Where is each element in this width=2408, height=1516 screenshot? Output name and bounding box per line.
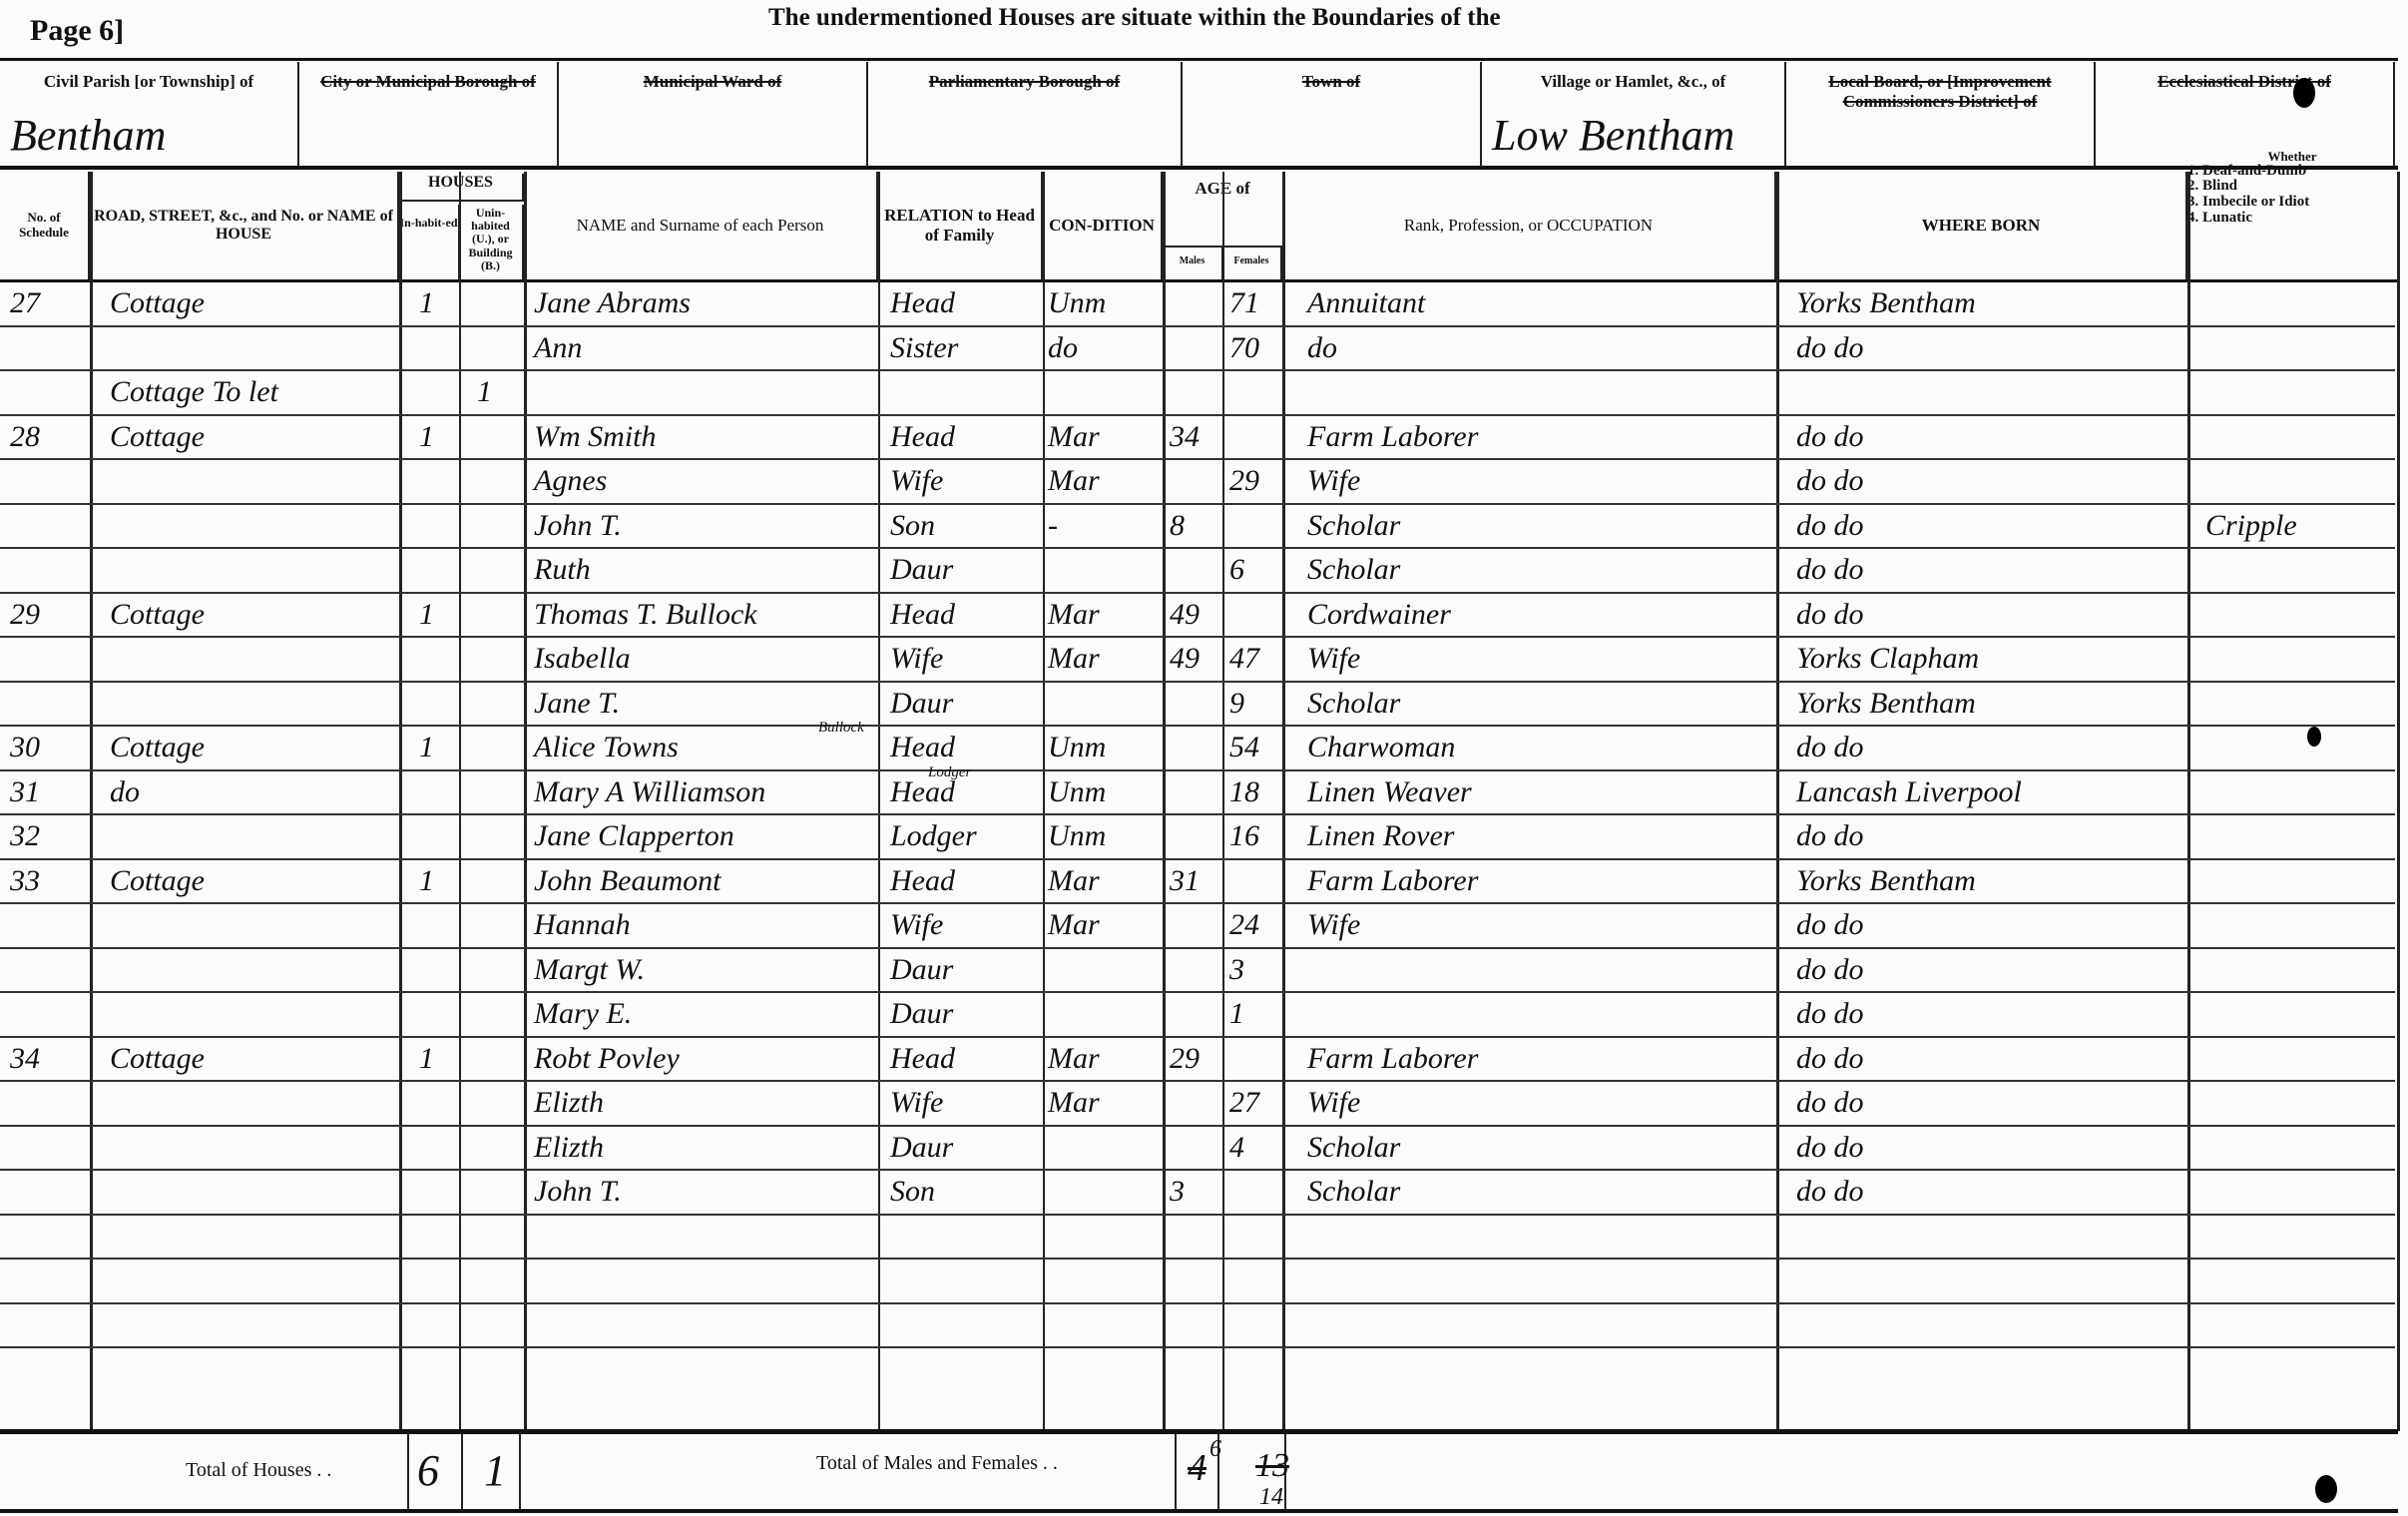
male-age: 3 [1170,1177,1185,1207]
female-age: 18 [1229,777,1259,807]
occupation: do [1307,333,1337,363]
census-page: Page 6] The undermentioned Houses are si… [0,0,2408,1516]
boundary-value: Low Bentham [1492,110,1734,161]
female-age: 70 [1229,333,1259,363]
boundary-box: Parliamentary Borough of [868,62,1183,167]
row-rule [0,947,2395,949]
relation: Head [890,777,955,807]
header-road: ROAD, STREET, &c., and No. or NAME of HO… [90,172,399,279]
relation: Wife [890,910,943,940]
relation: Daur [890,689,953,719]
birthplace: do do [1796,955,1864,985]
condition: Unm [1048,777,1106,807]
birthplace: do do [1796,821,1864,851]
female-age: 27 [1229,1088,1259,1118]
rows-top-rule [0,279,2398,282]
person-name: Ann [534,333,582,363]
inhabited-mark: 1 [419,600,434,630]
relation: Daur [890,999,953,1029]
infirmity: Cripple [2205,511,2297,541]
male-age: 49 [1170,600,1200,630]
occupation: Wife [1307,466,1360,496]
house-name: Cottage [110,733,205,762]
bottom-rule [0,1509,2398,1513]
ink-blot [2307,727,2321,747]
inhabited-mark: 1 [419,733,434,762]
condition: Mar [1048,466,1100,496]
condition: Unm [1048,733,1106,762]
person-name: Mary E. [534,999,632,1029]
house-name: Cottage [110,422,205,452]
header-condition: CON-DITION [1043,172,1163,279]
female-age: 29 [1229,466,1259,496]
male-age: 31 [1170,866,1200,896]
whether-item: 4. Lunatic [2187,211,2397,227]
header-name: NAME and Surname of each Person [524,172,878,279]
occupation: Scholar [1307,1177,1400,1207]
relation: Wife [890,466,943,496]
occupation: Scholar [1307,1133,1400,1163]
row-rule [0,547,2395,549]
boundary-caption: Parliamentary Borough of [868,72,1181,92]
column-divider [2187,172,2190,1431]
birthplace: do do [1796,1177,1864,1207]
schedule-number: 30 [10,733,40,762]
birthplace: do do [1796,1044,1864,1074]
row-rule [0,592,2395,594]
ink-blot [2293,78,2315,108]
person-name: Margt W. [534,955,645,985]
totals-divider [461,1434,463,1512]
name-annotation: Bullock [818,721,864,736]
header-males: Males [1163,246,1222,279]
column-divider [459,172,461,1431]
boundary-caption: Local Board, or [Improvement Commissione… [1786,72,2094,112]
condition: Mar [1048,866,1100,896]
person-name: Agnes [534,466,607,496]
column-divider [524,172,527,1431]
occupation: Wife [1307,644,1360,674]
boundary-box: Village or Hamlet, &c., ofLow Bentham [1482,62,1786,167]
occupation: Linen Rover [1307,821,1454,851]
row-rule [0,1346,2395,1348]
header-uninhabited: Unin-habited (U.), or Building (B.) [459,205,524,279]
schedule-number: 32 [10,821,40,851]
total-houses-label: Total of Houses . . [186,1459,331,1482]
schedule-number: 27 [10,288,40,318]
condition: Mar [1048,600,1100,630]
inhabited-mark: 1 [419,422,434,452]
occupation: Farm Laborer [1307,1044,1478,1074]
row-rule [0,458,2395,460]
header-schedule: No. of Schedule [0,172,90,279]
occupation: Annuitant [1307,288,1425,318]
birthplace: Lancash Liverpool [1796,777,2022,807]
relation: Head [890,600,955,630]
boundary-caption: Village or Hamlet, &c., of [1482,72,1784,92]
column-divider [1043,172,1045,1431]
male-age: 8 [1170,511,1185,541]
occupation: Charwoman [1307,733,1455,762]
relation: Head [890,1044,955,1074]
boundary-caption: Civil Parish [or Township] of [0,72,297,92]
row-rule [0,902,2395,904]
person-name: Mary A Williamson [534,777,765,807]
relation: Wife [890,644,943,674]
row-rule [0,636,2395,638]
boundary-caption: City or Municipal Borough of [299,72,557,92]
condition: Unm [1048,821,1106,851]
row-rule [0,813,2395,815]
whether-item: 3. Imbecile or Idiot [2187,195,2397,211]
row-rule [0,369,2395,371]
totals-rule [0,1429,2398,1434]
occupation: Cordwainer [1307,600,1451,630]
row-rule [0,769,2395,771]
occupation: Scholar [1307,689,1400,719]
birthplace: do do [1796,999,1864,1029]
female-age: 6 [1229,555,1244,585]
relation-annotation: Lodger [928,765,971,780]
totals-divider [1175,1434,1177,1512]
totals-divider [407,1434,409,1512]
column-divider [1776,172,1779,1431]
female-age: 4 [1229,1133,1244,1163]
female-age: 54 [1229,733,1259,762]
row-rule [0,681,2395,683]
column-divider [878,172,880,1431]
whether-item: 2. Blind [2187,179,2397,195]
female-age: 16 [1229,821,1259,851]
female-age: 9 [1229,689,1244,719]
house-name: Cottage [110,1044,205,1074]
female-age: 47 [1229,644,1259,674]
row-rule [0,1214,2395,1216]
inhabited-mark: 1 [419,866,434,896]
person-name: Isabella [534,644,631,674]
total-uninhabited: 1 [484,1449,506,1493]
person-name: John T. [534,1177,622,1207]
boundary-box: City or Municipal Borough of [299,62,559,167]
person-name: Wm Smith [534,422,657,452]
occupation: Wife [1307,910,1360,940]
row-rule [0,503,2395,505]
male-age: 29 [1170,1044,1200,1074]
occupation: Wife [1307,1088,1360,1118]
boundary-caption: Ecclesiastical District of [2096,72,2393,92]
relation: Head [890,866,955,896]
birthplace: do do [1796,511,1864,541]
row-rule [0,1302,2395,1304]
column-divider [399,172,402,1431]
house-name: Cottage [110,288,205,318]
house-name: Cottage [110,866,205,896]
column-divider [2397,172,2400,1431]
header-females: Females [1222,246,1282,279]
house-name: Cottage To let [110,377,278,407]
uninhabited-mark: 1 [477,377,492,407]
birthplace: do do [1796,1088,1864,1118]
total-inhabited: 6 [417,1449,439,1493]
birthplace: do do [1796,1133,1864,1163]
column-divider [90,172,93,1431]
person-name: Elizth [534,1133,604,1163]
column-divider [1222,172,1224,1431]
female-age: 71 [1229,288,1259,318]
condition: Mar [1048,644,1100,674]
page-title: The undermentioned Houses are situate wi… [768,4,1501,32]
schedule-number: 29 [10,600,40,630]
male-age: 34 [1170,422,1200,452]
occupation: Scholar [1307,511,1400,541]
column-divider [1163,172,1166,1431]
schedule-number: 34 [10,1044,40,1074]
male-age: 49 [1170,644,1200,674]
header-where-born: WHERE BORN [1776,172,2187,279]
birthplace: do do [1796,733,1864,762]
whether-title: Whether [2187,150,2397,164]
boundary-box: Town of [1183,62,1482,167]
person-name: Robt Povley [534,1044,680,1074]
whether-item: 1. Deaf-and-Dumb [2187,164,2397,180]
relation: Daur [890,1133,953,1163]
schedule-number: 28 [10,422,40,452]
person-name: Alice Towns [534,733,679,762]
inhabited-mark: 1 [419,1044,434,1074]
birthplace: do do [1796,910,1864,940]
occupation: Farm Laborer [1307,866,1478,896]
birthplace: Yorks Clapham [1796,644,1979,674]
condition: Mar [1048,1088,1100,1118]
house-name: Cottage [110,600,205,630]
row-rule [0,991,2395,993]
relation: Wife [890,1088,943,1118]
row-rule [0,858,2395,860]
relation: Head [890,288,955,318]
condition: Mar [1048,910,1100,940]
person-name: Ruth [534,555,591,585]
row-rule [0,1036,2395,1038]
total-males: 6 [1209,1437,1221,1461]
birthplace: do do [1796,600,1864,630]
person-name: John Beaumont [534,866,721,896]
birthplace: do do [1796,422,1864,452]
total-persons-label: Total of Males and Females . . [816,1452,1058,1475]
total-males-struck: 4 [1188,1449,1206,1487]
column-divider [1282,172,1285,1431]
relation: Sister [890,333,958,363]
person-name: Jane Clapperton [534,821,734,851]
female-age: 3 [1229,955,1244,985]
boundary-box: Local Board, or [Improvement Commissione… [1786,62,2096,167]
row-rule [0,414,2395,416]
person-name: Hannah [534,910,631,940]
condition: - [1048,511,1058,541]
boundary-caption: Town of [1183,72,1480,92]
relation: Daur [890,555,953,585]
total-females-struck: 13 [1255,1449,1289,1483]
birthplace: Yorks Bentham [1796,689,1976,719]
boundary-caption: Municipal Ward of [559,72,866,92]
relation: Daur [890,955,953,985]
row-rule [0,1125,2395,1127]
condition: Unm [1048,288,1106,318]
totals-divider [519,1434,521,1512]
header-occupation: Rank, Profession, or OCCUPATION [1282,172,1776,279]
row-rule [0,725,2395,727]
condition: Mar [1048,422,1100,452]
person-name: Jane T. [534,689,620,719]
person-name: Elizth [534,1088,604,1118]
female-age: 24 [1229,910,1259,940]
boundary-box: Civil Parish [or Township] ofBentham [0,62,299,167]
row-rule [0,325,2395,327]
header-inhabited: In-habit-ed [399,205,459,279]
relation: Head [890,733,955,762]
occupation: Scholar [1307,555,1400,585]
birthplace: Yorks Bentham [1796,866,1976,896]
condition: Mar [1048,1044,1100,1074]
header-whether: Whether 1. Deaf-and-Dumb 2. Blind 3. Imb… [2187,150,2397,227]
person-name: Thomas T. Bullock [534,600,757,630]
boundary-box: Municipal Ward of [559,62,868,167]
occupation: Linen Weaver [1307,777,1472,807]
total-females: 14 [1259,1485,1283,1509]
condition: do [1048,333,1078,363]
schedule-number: 31 [10,777,40,807]
schedule-number: 33 [10,866,40,896]
person-name: Jane Abrams [534,288,691,318]
relation: Head [890,422,955,452]
person-name: John T. [534,511,622,541]
birthplace: do do [1796,466,1864,496]
page-number: Page 6] [30,14,124,48]
header-relation: RELATION to Head of Family [878,172,1043,279]
female-age: 1 [1229,999,1244,1029]
row-rule [0,1080,2395,1082]
birthplace: do do [1796,333,1864,363]
birthplace: Yorks Bentham [1796,288,1976,318]
boundary-value: Bentham [10,110,166,161]
inhabited-mark: 1 [419,288,434,318]
top-rule [0,58,2398,61]
birthplace: do do [1796,555,1864,585]
row-rule [0,1258,2395,1260]
relation: Son [890,511,935,541]
row-rule [0,1169,2395,1171]
occupation: Farm Laborer [1307,422,1478,452]
relation: Son [890,1177,935,1207]
house-name: do [110,777,140,807]
header-houses: HOUSES [399,174,524,202]
ink-blot [2315,1475,2337,1503]
relation: Lodger [890,821,977,851]
